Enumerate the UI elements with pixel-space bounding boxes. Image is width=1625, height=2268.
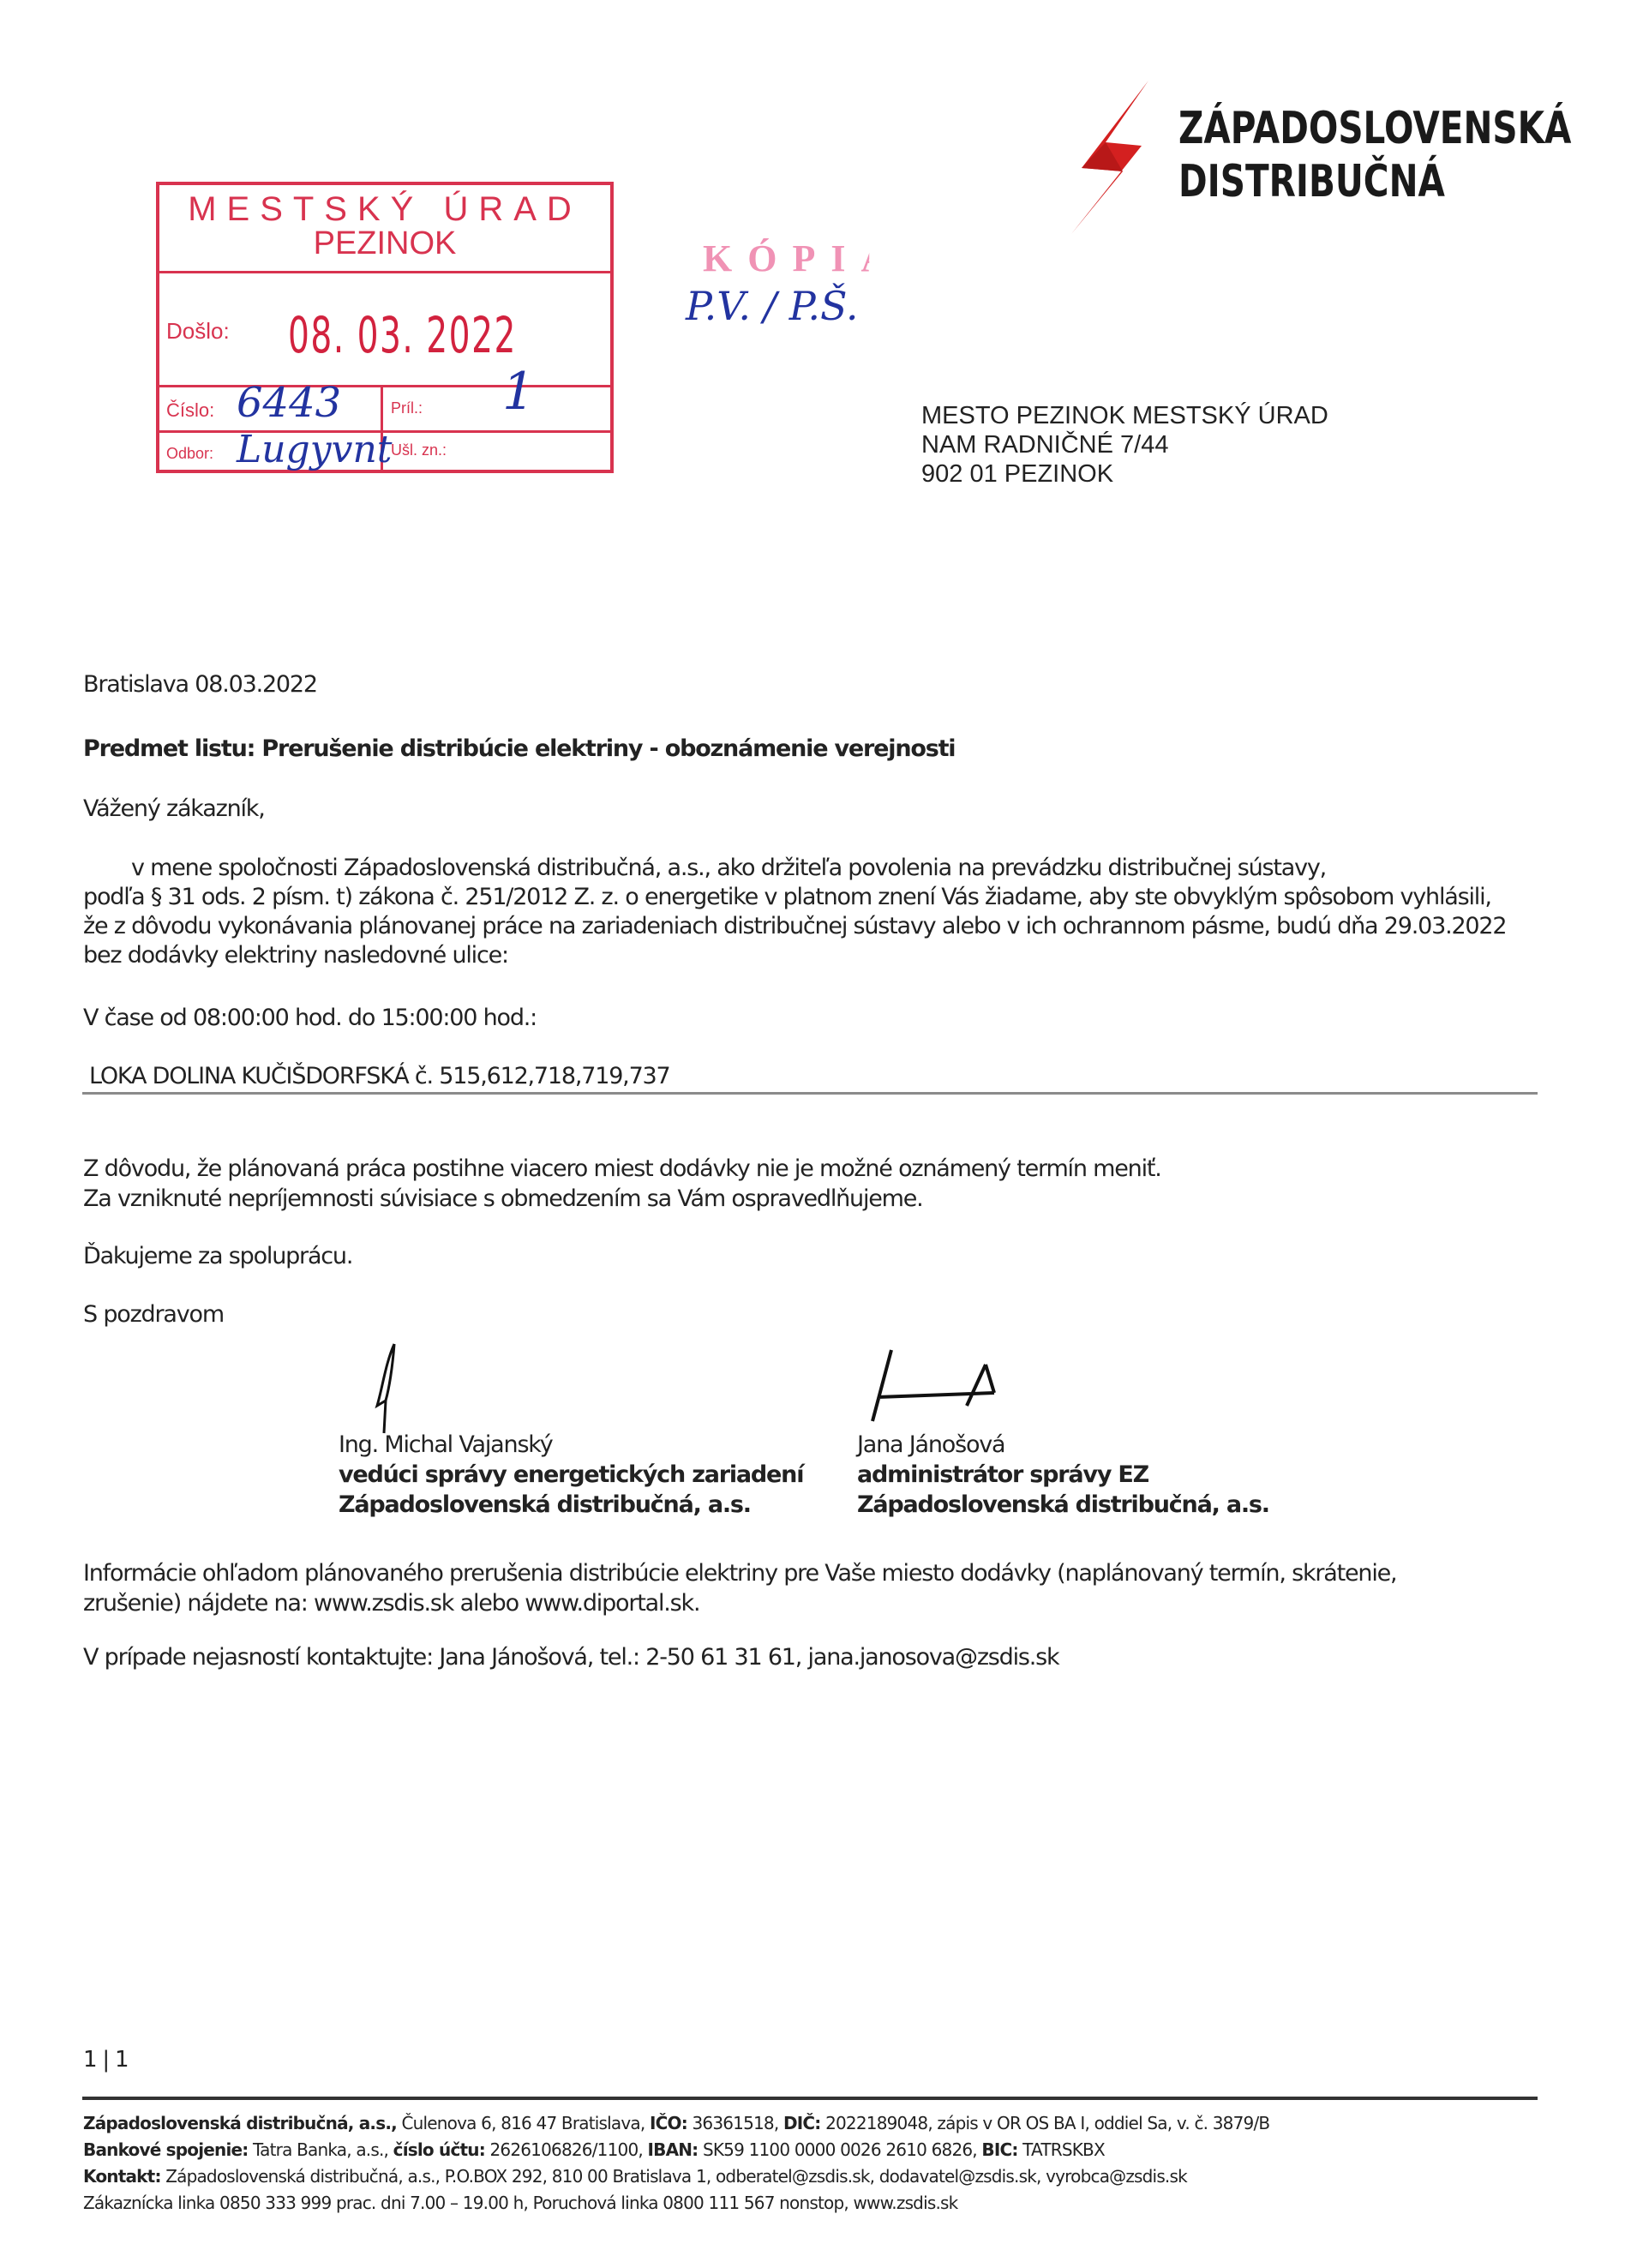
footer-account: 2626106826/1100,: [485, 2139, 648, 2160]
signatory-2: Jana Jánošová administrátor správy EZ Zá…: [857, 1430, 1269, 1520]
footer-iban: SK59 1100 0000 0026 2610 6826,: [698, 2139, 981, 2160]
signature-janosova: [866, 1346, 1020, 1423]
footer-dic: 2022189048, zápis v OR OS BA I, oddiel S…: [821, 2113, 1270, 2133]
number-value: 6443: [237, 379, 341, 427]
copy-stamp: KÓPIA: [703, 237, 903, 280]
footer-company: Západoslovenská distribučná, a.s.,: [83, 2113, 397, 2133]
footer-bank-label: Bankové spojenie:: [83, 2139, 248, 2160]
signatory-1-title: vedúci správy energetických zariadení: [339, 1460, 803, 1490]
stamp-date-row: Došlo: 08. 03. 2022: [159, 273, 610, 387]
footer-divider: [82, 2097, 1538, 2100]
contact-line: V prípade nejasností kontaktujte: Jana J…: [83, 1644, 1058, 1671]
received-label: Došlo:: [166, 318, 230, 345]
footer-bic: TATRSKBX: [1018, 2139, 1105, 2160]
footer-ico-label: IČO:: [650, 2113, 687, 2133]
footer-contact: Západoslovenská distribučná, a.s., P.O.B…: [161, 2166, 1187, 2187]
lightning-bolt-icon: [1063, 75, 1157, 238]
stamp-header: MESTSKÝ ÚRAD PEZINOK: [159, 185, 610, 273]
body-line-1: v mene spoločnosti Západoslovenská distr…: [83, 854, 1506, 883]
ref-label: Ušl. zn.:: [391, 441, 447, 459]
place-date: Bratislava 08.03.2022: [83, 671, 317, 698]
letter-subject: Predmet listu: Prerušenie distribúcie el…: [83, 735, 955, 762]
salutation: Vážený zákazník,: [83, 795, 265, 822]
number-label: Číslo:: [166, 399, 214, 422]
info-paragraph: Informácie ohľadom plánovaného prerušeni…: [83, 1558, 1396, 1618]
recipient-line-3: 902 01 PEZINOK: [921, 459, 1328, 489]
signatory-1-name: Ing. Michal Vajanský: [339, 1430, 803, 1460]
department-value: Lugyvnt: [237, 428, 392, 471]
page-number: 1 | 1: [83, 2047, 128, 2073]
reason-paragraph: Z dôvodu, že plánovaná práca postihne vi…: [83, 1154, 1161, 1214]
attachments-value: 1: [502, 362, 535, 422]
thanks-line: Ďakujeme za spoluprácu.: [83, 1243, 352, 1269]
footer-contact-label: Kontakt:: [83, 2166, 161, 2187]
body-line-4: bez dodávky elektriny nasledovné ulice:: [83, 941, 1506, 970]
footer-dic-label: DIČ:: [783, 2113, 821, 2133]
outage-time-range: V čase od 08:00:00 hod. do 15:00:00 hod.…: [83, 1005, 537, 1031]
department-label: Odbor:: [166, 445, 213, 463]
footer-account-label: číslo účtu:: [393, 2139, 485, 2160]
recipient-line-1: MESTO PEZINOK MESTSKÝ ÚRAD: [921, 401, 1328, 430]
info-line-2: zrušenie) nájdete na: www.zsdis.sk alebo…: [83, 1588, 1396, 1618]
recipient-line-2: NAM RADNIČNÉ 7/44: [921, 430, 1328, 459]
signatory-1: Ing. Michal Vajanský vedúci správy energ…: [339, 1430, 803, 1520]
logo-line-2: DISTRIBUČNÁ: [1178, 154, 1445, 209]
stamp-title: MESTSKÝ ÚRAD: [159, 190, 610, 229]
reason-line-2: Za vzniknuté nepríjemnosti súvisiace s o…: [83, 1184, 1161, 1214]
received-date: 08. 03. 2022: [288, 306, 517, 364]
body-line-3: že z dôvodu vykonávania plánovanej práce…: [83, 912, 1506, 941]
closing-line: S pozdravom: [83, 1301, 224, 1328]
footer-bic-label: BIC:: [981, 2139, 1017, 2160]
registry-stamp: MESTSKÝ ÚRAD PEZINOK Došlo: 08. 03. 2022…: [156, 182, 614, 473]
copy-handwritten-initials: P.V. / P.Š.: [686, 283, 859, 329]
attachments-label: Príl.:: [391, 399, 423, 417]
reason-line-1: Z dôvodu, že plánovaná práca postihne vi…: [83, 1154, 1161, 1184]
info-line-1: Informácie ohľadom plánovaného prerušeni…: [83, 1558, 1396, 1588]
logo-line-1: ZÁPADOSLOVENSKÁ: [1178, 101, 1571, 156]
footer-iban-label: IBAN:: [647, 2139, 698, 2160]
letter-body: v mene spoločnosti Západoslovenská distr…: [83, 854, 1506, 970]
signature-vajansky: [360, 1337, 411, 1440]
signatory-2-name: Jana Jánošová: [857, 1430, 1269, 1460]
streets-underline: [82, 1092, 1538, 1095]
company-footer: Západoslovenská distribučná, a.s., Čulen…: [83, 2110, 1269, 2217]
recipient-address: MESTO PEZINOK MESTSKÝ ÚRAD NAM RADNIČNÉ …: [921, 401, 1328, 489]
footer-address: Čulenova 6, 816 47 Bratislava,: [397, 2113, 650, 2133]
signatory-1-company: Západoslovenská distribučná, a.s.: [339, 1490, 803, 1520]
footer-line-3: Kontakt: Západoslovenská distribučná, a.…: [83, 2163, 1269, 2190]
footer-ico: 36361518,: [687, 2113, 783, 2133]
affected-streets: LOKA DOLINA KUČIŠDORFSKÁ č. 515,612,718,…: [89, 1063, 670, 1089]
signatory-2-company: Západoslovenská distribučná, a.s.: [857, 1490, 1269, 1520]
stamp-subtitle: PEZINOK: [159, 225, 610, 262]
stamp-number-row: Číslo: 6443 Príl.: 1: [159, 387, 610, 433]
company-logo: ZÁPADOSLOVENSKÁ DISTRIBUČNÁ: [1063, 75, 1543, 238]
footer-line-2: Bankové spojenie: Tatra Banka, a.s., čís…: [83, 2137, 1269, 2163]
footer-line-4: Zákaznícka linka 0850 333 999 prac. dni …: [83, 2190, 1269, 2217]
signatory-2-title: administrátor správy EZ: [857, 1460, 1269, 1490]
footer-line-1: Západoslovenská distribučná, a.s., Čulen…: [83, 2110, 1269, 2137]
footer-bank: Tatra Banka, a.s.,: [248, 2139, 393, 2160]
body-line-2: podľa § 31 ods. 2 písm. t) zákona č. 251…: [83, 883, 1506, 912]
stamp-department-row: Odbor: Lugyvnt Ušl. zn.:: [159, 433, 610, 471]
